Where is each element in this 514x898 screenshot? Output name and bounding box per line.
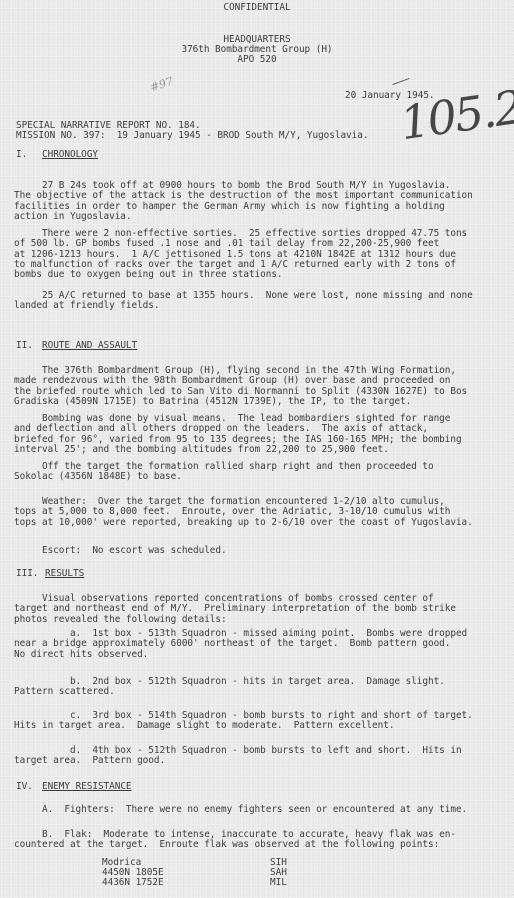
paragraph-line: target area. Pattern good. xyxy=(14,756,165,766)
paragraph-line: countered at the target. Enroute flak wa… xyxy=(14,840,439,850)
section-numeral: II. xyxy=(16,341,33,351)
section-numeral: I. xyxy=(16,150,27,160)
section-numeral: III. xyxy=(16,569,38,579)
paragraph-line: bombs due to oxygen being out in three s… xyxy=(14,270,283,280)
section-heading: RESULTS xyxy=(45,569,84,579)
check-mark xyxy=(392,78,409,85)
pencil-note: #97 xyxy=(149,75,175,95)
paragraph-line: No direct hits observed. xyxy=(14,650,148,660)
document-page: CONFIDENTIAL HEADQUARTERS 376th Bombardm… xyxy=(0,0,514,898)
section-heading: ROUTE AND ASSAULT xyxy=(42,341,137,351)
paragraph-line: action in Yugoslavia. xyxy=(14,212,131,222)
paragraph-line: Pattern scattered. xyxy=(14,687,115,697)
paragraph-line: photos revealed the following details: xyxy=(14,615,227,625)
paragraph-line: A. Fighters: There were no enemy fighter… xyxy=(14,805,467,815)
mission-line: MISSION NO. 397: 19 January 1945 - BROD … xyxy=(16,131,368,141)
paragraph-line: tops at 10,000' were reported, breaking … xyxy=(14,518,473,528)
flak-type: MIL xyxy=(270,878,287,888)
section-heading: CHRONOLOGY xyxy=(42,150,98,160)
paragraph-line: Escort: No escort was scheduled. xyxy=(14,546,227,556)
paragraph-line: Sokolac (4356N 1848E) to base. xyxy=(14,472,182,482)
paragraph-line: landed at friendly fields. xyxy=(14,301,159,311)
paragraph-line: interval 25'; and the bombing altitudes … xyxy=(14,445,389,455)
paragraph-line: Gradiska (4509N 1715E) to Batrina (4512N… xyxy=(14,397,411,407)
unit-apo: APO 520 xyxy=(0,55,514,65)
classification-marking: CONFIDENTIAL xyxy=(0,3,514,13)
flak-location: 4436N 1752E xyxy=(102,878,164,888)
section-heading: ENEMY RESISTANCE xyxy=(42,782,132,792)
paragraph-line: Hits in target area. Damage slight to mo… xyxy=(14,721,394,731)
section-numeral: IV. xyxy=(16,782,33,792)
